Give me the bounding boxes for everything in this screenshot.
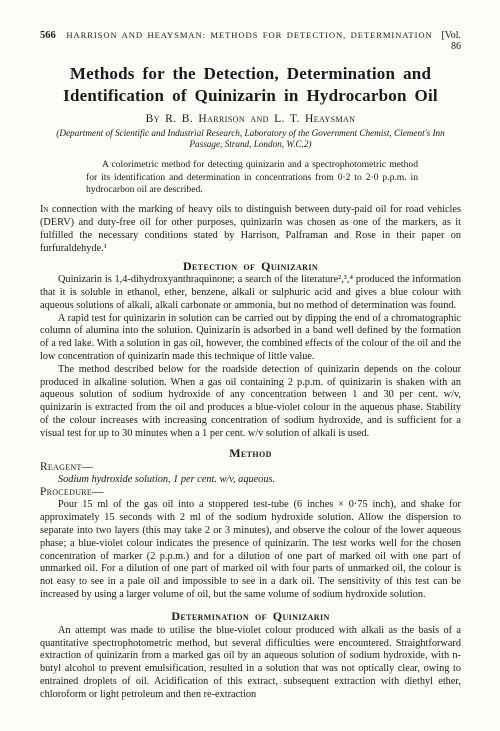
intro-paragraph: In connection with the marking of heavy … xyxy=(40,204,461,255)
detection-paragraph-3: The method described below for the roads… xyxy=(40,364,461,441)
running-title: HARRISON AND HEAYSMAN: METHODS FOR DETEC… xyxy=(66,30,432,40)
procedure-paragraph: Pour 15 ml of the gas oil into a stopper… xyxy=(40,499,461,601)
section-heading-detection: Detection of Quinizarin xyxy=(40,260,461,273)
procedure-sidehead: Procedure— xyxy=(40,486,461,499)
reagent-sidehead: Reagent— xyxy=(40,461,461,474)
section-heading-determination: Determination of Quinizarin xyxy=(40,610,461,623)
section-heading-method: Method xyxy=(40,447,461,460)
detection-paragraph-2: A rapid test for quinizarin in solution … xyxy=(40,313,461,364)
journal-page: 566 HARRISON AND HEAYSMAN: METHODS FOR D… xyxy=(0,0,500,731)
determination-paragraph: An attempt was made to utilise the blue-… xyxy=(40,625,461,702)
affiliation-line-1: (Department of Scientific and Industrial… xyxy=(56,128,444,138)
article-title-line-2: Identification of Quinizarin in Hydrocar… xyxy=(63,86,438,105)
reagent-text: Sodium hydroxide solution, 1 per cent. w… xyxy=(40,474,461,487)
article-title-line-1: Methods for the Detection, Determination… xyxy=(70,64,431,83)
abstract: A colorimetric method for detecting quin… xyxy=(86,159,418,197)
running-header: 566 HARRISON AND HEAYSMAN: METHODS FOR D… xyxy=(40,30,461,52)
affiliation: (Department of Scientific and Industrial… xyxy=(40,128,461,150)
volume-label: [Vol. 86 xyxy=(433,30,461,52)
page-number: 566 xyxy=(40,30,66,41)
article-title: Methods for the Detection, Determination… xyxy=(40,63,461,106)
byline: By R. B. Harrison and L. T. Heaysman xyxy=(40,113,461,125)
affiliation-line-2: Passage, Strand, London, W.C.2) xyxy=(189,139,311,149)
intro-text: connection with the marking of heavy oil… xyxy=(40,204,461,253)
detection-paragraph-1: Quinizarin is 1,4-dihydroxyanthraquinone… xyxy=(40,274,461,312)
